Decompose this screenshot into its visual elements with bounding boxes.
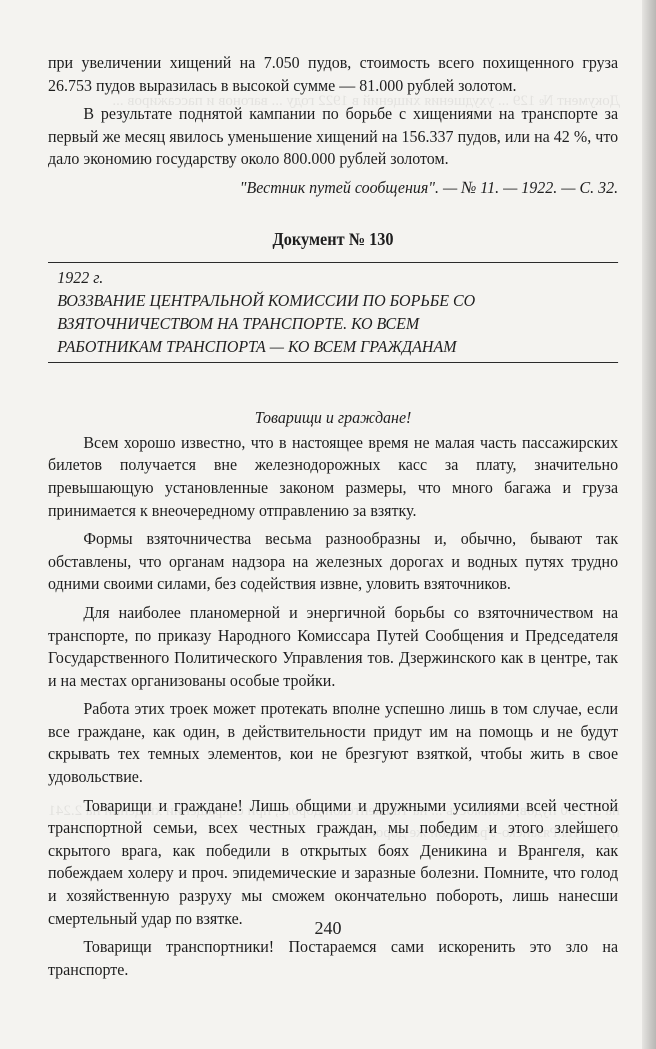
document-header-block: 1922 г. ВОЗЗВАНИЕ ЦЕНТРАЛЬНОЙ КОМИССИИ П… (48, 262, 618, 363)
greeting: Товарищи и граждане! (48, 407, 618, 430)
body-paragraph: Формы взяточничества весьма разнообразны… (48, 528, 618, 596)
page-edge-shadow (642, 0, 656, 1049)
page-content: при увеличении хищений на 7.050 пудов, с… (48, 52, 618, 981)
source-citation: "Вестник путей сообщения". — № 11. — 192… (48, 177, 618, 200)
document-title-line: РАБОТНИКАМ ТРАНСПОРТА — КО ВСЕМ ГРАЖДАНА… (57, 335, 618, 358)
result-paragraph: В результате поднятой кампании по борьбе… (48, 103, 618, 171)
document-number-heading: Документ № 130 (48, 228, 618, 251)
body-paragraph: Товарищи и граждане! Лишь общими и дружн… (48, 795, 618, 931)
document-title-line: ВОЗЗВАНИЕ ЦЕНТРАЛЬНОЙ КОМИССИИ ПО БОРЬБЕ… (57, 289, 618, 312)
body-paragraph: Товарищи транспортники! Постараемся сами… (48, 936, 618, 981)
document-title-line: ВЗЯТОЧНИЧЕСТВОМ НА ТРАНСПОРТЕ. КО ВСЕМ (57, 312, 618, 335)
body-paragraph: Для наиболее планомерной и энергичной бо… (48, 602, 618, 692)
continuation-paragraph: при увеличении хищений на 7.050 пудов, с… (48, 52, 618, 97)
page-number: 240 (0, 918, 656, 939)
document-date: 1922 г. (57, 266, 618, 289)
body-paragraph: Работа этих троек может протекать вполне… (48, 698, 618, 788)
body-paragraph: Всем хорошо известно, что в настоящее вр… (48, 432, 618, 522)
